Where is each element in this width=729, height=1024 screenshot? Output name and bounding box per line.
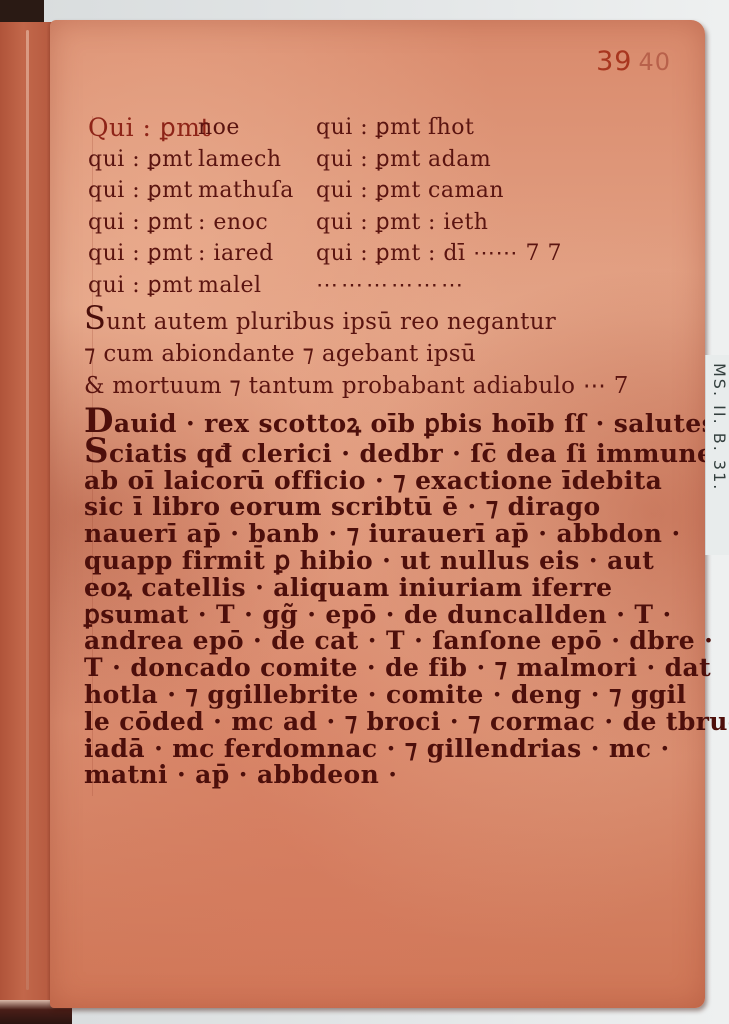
prose-line: Sunt autem pluribus ipsū reo negantur (84, 302, 684, 338)
genealogy-cell: adam (428, 147, 558, 172)
charter-line: hotla · ⁊ ggillebrite · comite · deng · … (84, 682, 709, 709)
charter-line: matni · ap̄ · abbdeon · (84, 762, 709, 789)
prose-line: & mortuum ⁊ tantum probabant adiabulo ⋯ … (84, 370, 684, 402)
genealogy-cell: : dī ⋯⋯ 7 7 (428, 241, 558, 266)
genealogy-cell: qui : ꝑmt (316, 147, 428, 172)
genealogy-cell: caman (428, 178, 558, 203)
manuscript-photograph: 3940 Qui : ꝑmt noe qui : ꝑmt ſhot qui : … (0, 0, 729, 1024)
prose-line: ⁊ cum abiondante ⁊ agebant ipsū (84, 338, 684, 370)
genealogy-row: qui : ꝑmt mathuſa qui : ꝑmt caman (88, 175, 558, 207)
charter-line: nauerī ap̄ · banb · ⁊ iurauerī ap̄ · abb… (84, 521, 709, 548)
genealogy-cell: noe (198, 115, 316, 140)
genealogy-cell: qui : ꝑmt (88, 178, 198, 203)
genealogy-cell: : ieth (428, 210, 558, 235)
genealogy-row: qui : ꝑmt : enoc qui : ꝑmt : ieth (88, 207, 558, 239)
genealogy-row: qui : ꝑmt malel ⋯⋯⋯⋯⋯⋯ (88, 270, 558, 302)
genealogy-cell: : enoc (198, 210, 316, 235)
genealogy-cell: qui : ꝑmt (316, 178, 428, 203)
charter-line: eoꝝ catellis · aliquam iniuriam iferre (84, 575, 709, 602)
genealogy-list: Qui : ꝑmt noe qui : ꝑmt ſhot qui : ꝑmt l… (88, 112, 558, 301)
charter-line: ꝑsumat · T · gg̃ · epō · de duncallden ·… (84, 602, 709, 629)
genealogy-row: qui : ꝑmt : iared qui : ꝑmt : dī ⋯⋯ 7 7 (88, 238, 558, 270)
charter-text: Dauid · rex scottoꝝ oīb ꝑbis hoīb ſſ · s… (84, 408, 709, 789)
genealogy-cell: qui : ꝑmt (88, 147, 198, 172)
shelfmark-tab: MS. II. B. 31. (705, 355, 729, 555)
genealogy-cell: qui : ꝑmt (88, 241, 198, 266)
charter-line: Dauid · rex scottoꝝ oīb ꝑbis hoīb ſſ · s… (84, 408, 709, 438)
genealogy-cell: qui : ꝑmt (88, 273, 198, 298)
charter-line: andrea epō · de cat · T · ſanſone epō · … (84, 628, 709, 655)
genealogy-cell: ⋯⋯⋯⋯⋯⋯ (316, 273, 428, 298)
genealogy-cell: lamech (198, 147, 316, 172)
genealogy-cell: qui : ꝑmt (316, 210, 428, 235)
charter-line: quapp firmit̄ ꝑ hibio · ut nullus eis · … (84, 548, 709, 575)
genealogy-cell: Qui : ꝑmt (88, 113, 198, 142)
genealogy-cell: ſhot (428, 115, 558, 140)
genealogy-row: Qui : ꝑmt noe qui : ꝑmt ſhot (88, 112, 558, 144)
genealogy-row: qui : ꝑmt lamech qui : ꝑmt adam (88, 144, 558, 176)
charter-line: Sciatis qđ clerici · dedbr · ſc̄ dea ſi … (84, 438, 709, 468)
charter-line: le cōded · mc ad · ⁊ broci · ⁊ cormac · … (84, 709, 709, 736)
genealogy-cell: qui : ꝑmt (316, 241, 428, 266)
genealogy-cell: qui : ꝑmt (316, 115, 428, 140)
charter-line: T · doncado comite · de fib · ⁊ malmori … (84, 655, 709, 682)
manuscript-text: Qui : ꝑmt noe qui : ꝑmt ſhot qui : ꝑmt l… (50, 20, 705, 1008)
charter-line: ab oī laicorū officio · ⁊ exactione īdeb… (84, 468, 709, 495)
genealogy-cell: mathuſa (198, 178, 316, 203)
prose-passage: Sunt autem pluribus ipsū reo negantur ⁊ … (84, 302, 684, 402)
shelfmark-label: MS. II. B. 31. (710, 363, 729, 491)
genealogy-cell: malel (198, 273, 316, 298)
charter-line: sic ī libro eorum scribtū ē · ⁊ dirago (84, 494, 709, 521)
manuscript-page: 3940 Qui : ꝑmt noe qui : ꝑmt ſhot qui : … (50, 20, 705, 1008)
genealogy-cell: qui : ꝑmt (88, 210, 198, 235)
genealogy-cell: : iared (198, 241, 316, 266)
charter-line: iadā · mc ferdomnac · ⁊ gillendrias · mc… (84, 736, 709, 763)
